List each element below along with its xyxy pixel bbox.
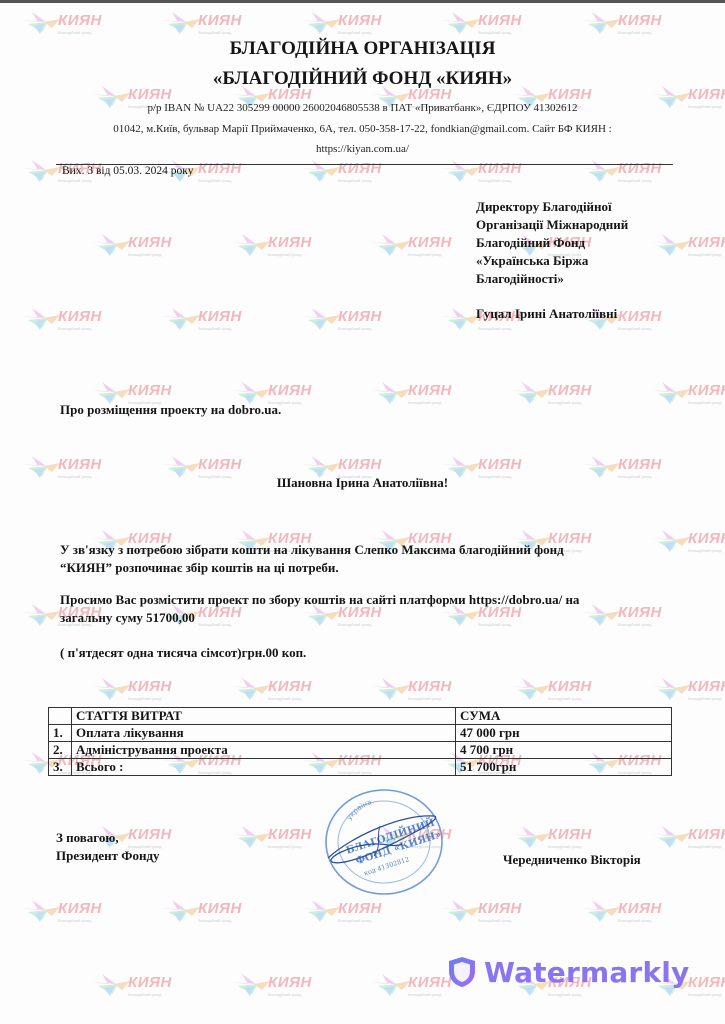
- addressee-line: Організації Міжнародний: [476, 216, 676, 234]
- paragraph-line: загальну суму 51700,00: [60, 609, 680, 627]
- header-cell: [49, 708, 72, 725]
- table-row: 1. Оплата лікування 47 000 грн: [49, 725, 672, 742]
- row-item: Адміністрування проекта: [72, 742, 456, 759]
- table-header-row: СТАТТЯ ВИТРАТ СУМА: [49, 708, 672, 725]
- paragraph-line: Просимо Вас розмістити проект по збору к…: [60, 591, 680, 609]
- table-row: 3. Всього : 51 700грн: [49, 759, 672, 776]
- expenses-table: СТАТТЯ ВИТРАТ СУМА 1. Оплата лікування 4…: [48, 707, 672, 776]
- row-item: Всього :: [72, 759, 456, 776]
- row-number: 3.: [49, 759, 72, 776]
- closing-position: Президент Фонду: [56, 848, 160, 864]
- header-cell: СУМА: [456, 708, 672, 725]
- addressee-line: Благодійний Фонд: [476, 234, 676, 252]
- signatory-name: Чередниченко Вікторія: [503, 852, 641, 868]
- watermarkly-watermark: Watermarkly: [448, 952, 690, 992]
- addressee-line: Благодійності»: [476, 270, 676, 288]
- letter-subject: Про розміщення проекту на dobro.ua.: [60, 402, 281, 418]
- amount-in-words: ( п'ятдесят одна тисяча сімсот)грн.00 ко…: [60, 644, 680, 662]
- row-sum: 4 700 грн: [456, 742, 672, 759]
- outgoing-number: Вих. 3 від 05.03. 2024 року: [62, 165, 193, 177]
- shield-icon: [448, 956, 476, 988]
- paragraph-request: Просимо Вас розмістити проект по збору к…: [60, 591, 680, 627]
- watermarkly-text: Watermarkly: [484, 956, 690, 989]
- table-row: 2. Адміністрування проекта 4 700 грн: [49, 742, 672, 759]
- row-item: Оплата лікування: [72, 725, 456, 742]
- address-contacts: 01042, м.Київ, бульвар Марії Приймаченко…: [0, 123, 725, 135]
- row-sum: 47 000 грн: [456, 725, 672, 742]
- org-title-line2: «БЛАГОДІЙНИЙ ФОНД «КИЯН»: [0, 68, 725, 90]
- header-cell: СТАТТЯ ВИТРАТ: [72, 708, 456, 725]
- bank-requisites: р/р IBAN № UA22 305299 00000 26002046805…: [0, 102, 725, 114]
- closing-regards: З повагою,: [56, 830, 119, 846]
- paragraph-line: “КИЯН” розпочинає збір коштів на ці потр…: [60, 559, 680, 577]
- org-title-line1: БЛАГОДІЙНА ОРГАНІЗАЦІЯ: [0, 38, 725, 60]
- organization-stamp-icon: україна БЛАГОДІЙНИЙ ФОНД «КИЯН» код 4130…: [322, 786, 446, 898]
- addressee-block: Директору Благодійної Організації Міжнар…: [476, 198, 676, 288]
- addressee-name: Гуцал Ірині Анатоліївні: [476, 306, 617, 322]
- svg-text:україна: україна: [345, 798, 372, 822]
- addressee-line: «Українська Біржа: [476, 252, 676, 270]
- row-number: 2.: [49, 742, 72, 759]
- website-link[interactable]: https://kiyan.com.ua/: [0, 143, 725, 155]
- paragraph-line: У зв'язку з потребою зібрати кошти на лі…: [60, 541, 680, 559]
- greeting: Шановна Ірина Анатоліївна!: [0, 475, 725, 491]
- paragraph-purpose: У зв'язку з потребою зібрати кошти на лі…: [60, 541, 680, 577]
- row-sum: 51 700грн: [456, 759, 672, 776]
- row-number: 1.: [49, 725, 72, 742]
- addressee-line: Директору Благодійної: [476, 198, 676, 216]
